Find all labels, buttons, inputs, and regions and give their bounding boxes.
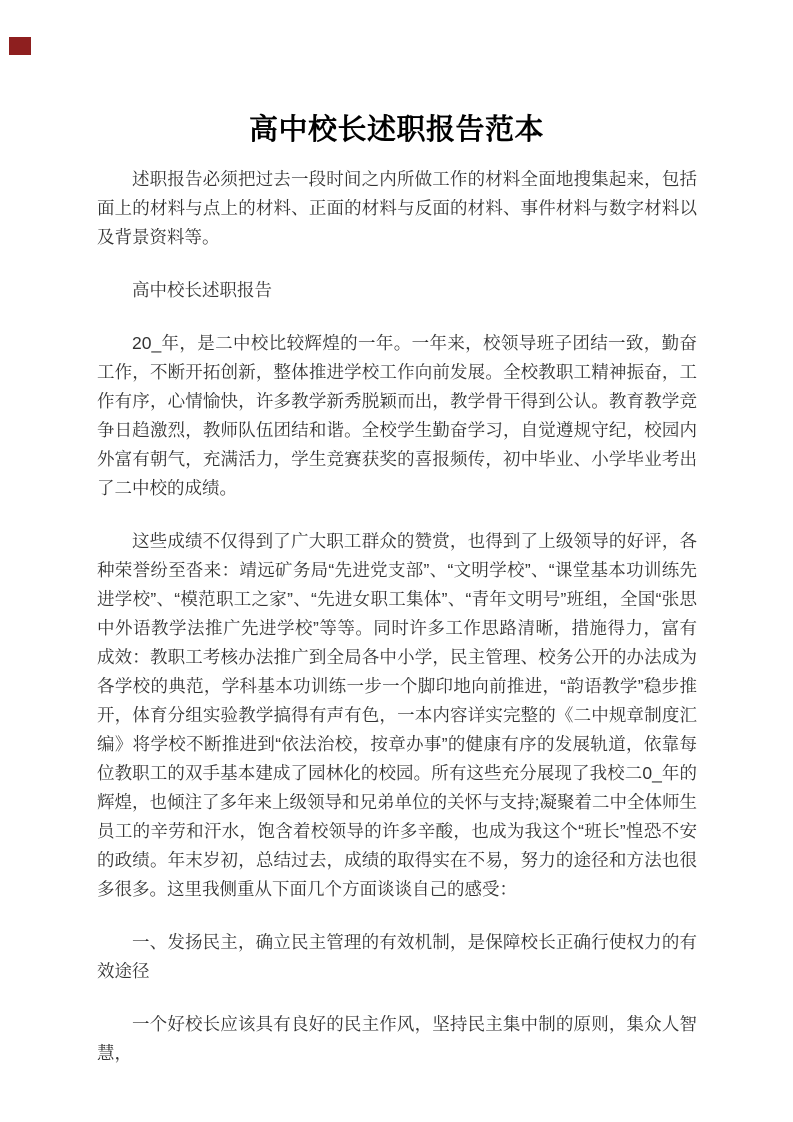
document-title: 高中校长述职报告范本 bbox=[0, 0, 793, 148]
document-page: 高中校长述职报告范本 述职报告必须把过去一段时间之内所做工作的材料全面地搜集起来… bbox=[0, 0, 793, 1122]
paragraph-section-heading: 一、发扬民主，确立民主管理的有效机制，是保障校长正确行使权力的有效途径 bbox=[97, 928, 697, 986]
paragraph-achievements: 这些成绩不仅得到了广大职工群众的赞赏，也得到了上级领导的好评，各种荣誉纷至沓来：… bbox=[97, 527, 697, 904]
document-body: 述职报告必须把过去一段时间之内所做工作的材料全面地搜集起来，包括面上的材料与点上… bbox=[97, 165, 697, 1068]
paragraph-intro: 述职报告必须把过去一段时间之内所做工作的材料全面地搜集起来，包括面上的材料与点上… bbox=[97, 165, 697, 252]
paragraph-democracy: 一个好校长应该具有良好的民主作风，坚持民主集中制的原则，集众人智慧， bbox=[97, 1010, 697, 1068]
paragraph-year-summary: 20_年，是二中校比较辉煌的一年。一年来，校领导班子团结一致，勤奋工作，不断开拓… bbox=[97, 329, 697, 503]
corner-mark bbox=[9, 37, 31, 55]
paragraph-subtitle: 高中校长述职报告 bbox=[97, 276, 697, 305]
